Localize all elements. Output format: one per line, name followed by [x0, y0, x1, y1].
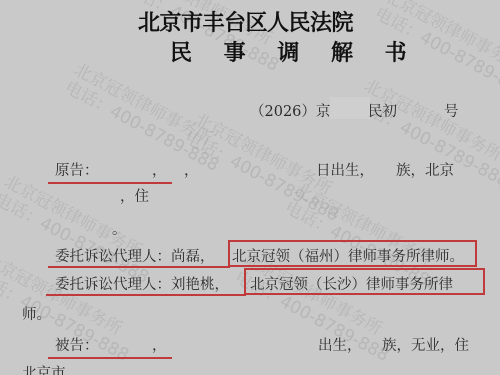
- plaintiff-label: 原告：: [55, 159, 99, 180]
- case-number-year: （2026）京: [250, 100, 330, 121]
- defendant-birth: 出生，: [318, 334, 362, 355]
- defendant-underline-annotation: [48, 357, 172, 359]
- plaintiff-ethnic: 族，北京: [396, 159, 454, 180]
- defendant-ethnic: 族，无业，住: [382, 334, 469, 355]
- agent-2-firm-highlight-box: [244, 268, 485, 295]
- plaintiff-underline-annotation: [48, 182, 172, 184]
- defendant-sep: ，: [152, 334, 167, 355]
- defendant-city: 北京市: [22, 362, 66, 375]
- agent-2-firm-continuation: 师。: [22, 303, 51, 324]
- plaintiff-sep: ，: [152, 159, 167, 180]
- case-number-type: 民初: [368, 100, 397, 121]
- agent-2-label: 委托诉讼代理人：刘艳桃，: [55, 273, 229, 294]
- document-type-title: 民 事 调 解 书: [170, 36, 419, 67]
- case-number-suffix: 号: [444, 100, 459, 121]
- plaintiff-end: 。: [112, 218, 127, 239]
- plaintiff-sep: ，: [184, 159, 199, 180]
- document-page: 北京冠领律师事务所 电话：400-8789-888 北京冠领律师事务所 电话：4…: [0, 0, 500, 375]
- defendant-end: 。: [384, 362, 399, 375]
- plaintiff-birth: 日出生，: [316, 159, 374, 180]
- plaintiff-address-line: ，住: [120, 185, 149, 206]
- court-name: 北京市丰台区人民法院: [138, 6, 366, 37]
- agent-1-underline-annotation: [48, 266, 230, 268]
- agent-2-underline-annotation: [46, 294, 246, 296]
- defendant-label: 被告：: [55, 334, 99, 355]
- redacted-block: [330, 97, 370, 119]
- agent-1-firm-highlight-box: [228, 240, 477, 267]
- agent-1-label: 委托诉讼代理人：尚磊，: [55, 245, 215, 266]
